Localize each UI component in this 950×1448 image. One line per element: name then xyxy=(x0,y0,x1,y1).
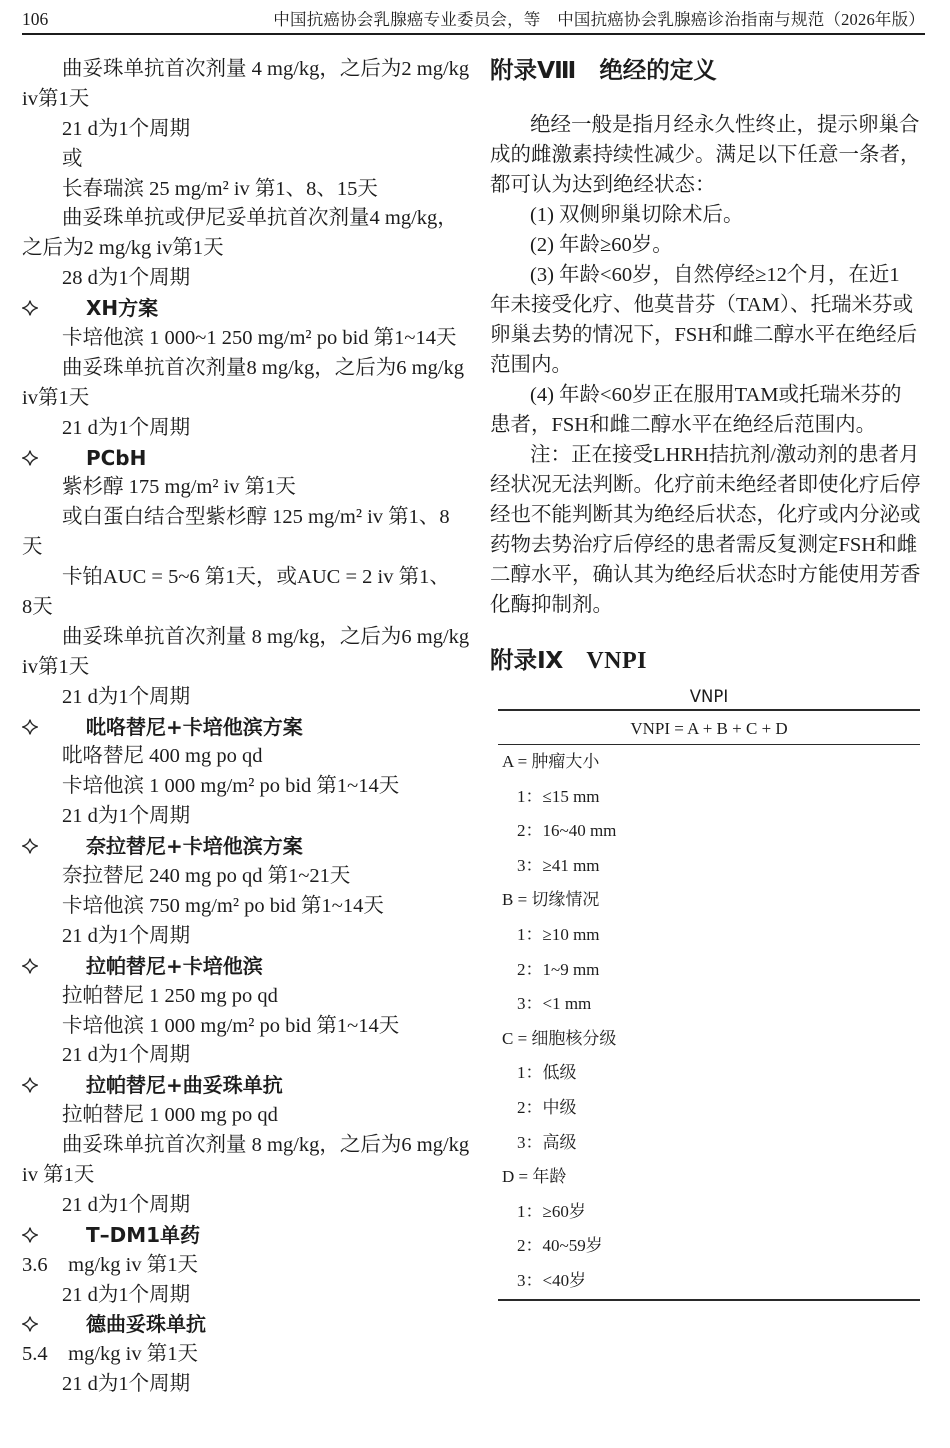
paragraph-line: 卵巢去势的情况下，FSH和雌二醇水平在绝经后 xyxy=(490,320,922,350)
line-text: 卡培他滨 1 000~1 250 mg/m² po bid 第1~14天 xyxy=(62,327,457,349)
paragraph-line: 绝经一般是指月经永久性终止，提示卵巢合 xyxy=(490,110,922,140)
cell-text: 3：高级 xyxy=(517,1133,577,1152)
right-column: 附录Ⅷ绝经的定义 绝经一般是指月经永久性终止，提示卵巢合 成的雌激素持续性减少。… xyxy=(490,55,922,1301)
appendix-viii-label: 附录Ⅷ xyxy=(490,56,576,84)
line-text: 长春瑞滨 25 mg/m² iv 第1、8、15天 xyxy=(62,178,378,200)
line-text: 5.4 mg/kg iv 第1天 xyxy=(22,1343,198,1365)
table-row: C = 细胞核分级 xyxy=(498,1022,920,1057)
paragraph-line: 药物去势治疗后停经的患者需反复测定FSH和雌 xyxy=(490,530,922,560)
cell-text: A = 肿瘤大小 xyxy=(502,752,599,771)
cell-text: 3：<1 mm xyxy=(517,994,591,1013)
line-text: 紫杉醇 175 mg/m² iv 第1天 xyxy=(62,476,296,498)
four-pointed-star-icon xyxy=(22,1316,79,1332)
table-row: 3：<40岁 xyxy=(498,1264,920,1299)
appendix-viii-title: 绝经的定义 xyxy=(599,56,717,84)
page-number: 106 xyxy=(22,9,48,30)
document-page: 106 中国抗癌协会乳腺癌专业委员会，等 中国抗癌协会乳腺癌诊治指南与规范（20… xyxy=(0,0,950,1448)
line-text: (4) 年龄<60岁正在服用TAM或托瑞米芬的 xyxy=(530,384,902,406)
line-text: 绝经一般是指月经永久性终止，提示卵巢合 xyxy=(530,114,920,136)
line-text: 经也不能判断其为绝经后状态，化疗或内分泌或 xyxy=(490,504,921,526)
text-line: 21 d为1个周期 xyxy=(22,1041,464,1071)
line-text: 吡咯替尼+卡培他滨方案 xyxy=(86,715,303,739)
table-rule-bottom xyxy=(498,1299,920,1301)
text-line: 拉帕替尼 1 250 mg po qd xyxy=(22,982,464,1012)
text-line: 卡培他滨 1 000~1 250 mg/m² po bid 第1~14天 xyxy=(22,324,464,354)
menopause-paragraph: 绝经一般是指月经永久性终止，提示卵巢合 成的雌激素持续性减少。满足以下任意一条者… xyxy=(490,110,922,620)
table-row: 3：≥41 mm xyxy=(498,849,920,884)
text-line: 21 d为1个周期 xyxy=(22,414,464,444)
line-text: 卡培他滨 750 mg/m² po bid 第1~14天 xyxy=(62,895,384,917)
text-line: 21 d为1个周期 xyxy=(22,1191,464,1221)
line-text: 曲妥珠单抗首次剂量 8 mg/kg，之后为6 mg/kg xyxy=(62,1134,469,1156)
line-text: (2) 年龄≥60岁。 xyxy=(530,234,673,256)
paragraph-line: (4) 年龄<60岁正在服用TAM或托瑞米芬的 xyxy=(490,380,922,410)
vnpi-table: VNPI VNPI = A + B + C + D A = 肿瘤大小 1：≤15… xyxy=(498,685,920,1301)
line-text: 德曲妥珠单抗 xyxy=(86,1312,206,1336)
paragraph-line: 二醇水平，确认其为绝经后状态时方能使用芳香 xyxy=(490,560,922,590)
text-line: 紫杉醇 175 mg/m² iv 第1天 xyxy=(22,473,464,503)
text-line: 曲妥珠单抗或伊尼妥单抗首次剂量4 mg/kg， xyxy=(22,204,464,234)
line-text: 21 d为1个周期 xyxy=(62,417,190,439)
line-text: 患者，FSH和雌二醇水平在绝经后范围内。 xyxy=(490,414,876,436)
line-text: 奈拉替尼 240 mg po qd 第1~21天 xyxy=(62,865,350,887)
table-row: 3：高级 xyxy=(498,1126,920,1161)
text-line: 曲妥珠单抗首次剂量 8 mg/kg，之后为6 mg/kg xyxy=(22,1131,464,1161)
paragraph-line: (2) 年龄≥60岁。 xyxy=(490,230,922,260)
text-line: iv第1天 xyxy=(22,653,464,683)
line-text: 范围内。 xyxy=(490,354,572,376)
paragraph-line: 患者，FSH和雌二醇水平在绝经后范围内。 xyxy=(490,410,922,440)
text-line: 拉帕替尼 1 000 mg po qd xyxy=(22,1101,464,1131)
line-text: iv第1天 xyxy=(22,88,89,110)
cell-text: 1：≥60岁 xyxy=(517,1202,586,1221)
line-text: 3.6 mg/kg iv 第1天 xyxy=(22,1254,198,1276)
line-text: 拉帕替尼+曲妥珠单抗 xyxy=(86,1073,283,1097)
paragraph-line: 注：正在接受LHRH拮抗剂/激动剂的患者月 xyxy=(490,440,922,470)
line-text: 曲妥珠单抗首次剂量8 mg/kg，之后为6 mg/kg xyxy=(62,357,464,379)
text-line: 21 d为1个周期 xyxy=(22,115,464,145)
line-text: (3) 年龄<60岁，自然停经≥12个月，在近1 xyxy=(530,264,900,286)
text-line: 21 d为1个周期 xyxy=(22,1370,464,1400)
line-text: 卵巢去势的情况下，FSH和雌二醇水平在绝经后 xyxy=(490,324,917,346)
line-text: 卡培他滨 1 000 mg/m² po bid 第1~14天 xyxy=(62,1015,399,1037)
four-pointed-star-icon xyxy=(22,300,79,316)
line-text: 8天 xyxy=(22,596,53,618)
text-line: 21 d为1个周期 xyxy=(22,1281,464,1311)
line-text: 21 d为1个周期 xyxy=(62,805,190,827)
line-text: 21 d为1个周期 xyxy=(62,118,190,140)
line-text: 拉帕替尼 1 000 mg po qd xyxy=(62,1104,278,1126)
line-text: 奈拉替尼+卡培他滨方案 xyxy=(86,834,303,858)
four-pointed-star-icon xyxy=(22,1227,79,1243)
table-row: 3：<1 mm xyxy=(498,987,920,1022)
text-line: 卡培他滨 1 000 mg/m² po bid 第1~14天 xyxy=(22,772,464,802)
line-text: 21 d为1个周期 xyxy=(62,1044,190,1066)
paragraph-line: (1) 双侧卵巢切除术后。 xyxy=(490,200,922,230)
line-text: 曲妥珠单抗首次剂量 8 mg/kg，之后为6 mg/kg xyxy=(62,626,469,648)
line-text: 28 d为1个周期 xyxy=(62,267,190,289)
text-line: 奈拉替尼 240 mg po qd 第1~21天 xyxy=(22,862,464,892)
line-text: 注：正在接受LHRH拮抗剂/激动剂的患者月 xyxy=(530,444,920,466)
cell-text: 2：16~40 mm xyxy=(517,821,616,840)
text-line: iv 第1天 xyxy=(22,1161,464,1191)
line-text: 吡咯替尼 400 mg po qd xyxy=(62,745,262,767)
table-row: 2：16~40 mm xyxy=(498,814,920,849)
running-title: 中国抗癌协会乳腺癌专业委员会，等 中国抗癌协会乳腺癌诊治指南与规范（2026年版… xyxy=(273,6,925,30)
cell-text: C = 细胞核分级 xyxy=(502,1029,616,1048)
paragraph-line: 化酶抑制剂。 xyxy=(490,590,922,620)
line-text: 曲妥珠单抗或伊尼妥单抗首次剂量4 mg/kg， xyxy=(62,207,458,229)
table-body: A = 肿瘤大小 1：≤15 mm 2：16~40 mm 3：≥41 mm xyxy=(498,745,920,1299)
paragraph-line: 成的雌激素持续性减少。满足以下任意一条者， xyxy=(490,140,922,170)
header-rule xyxy=(22,33,925,35)
line-text: (1) 双侧卵巢切除术后。 xyxy=(530,204,744,226)
line-text: 拉帕替尼 1 250 mg po qd xyxy=(62,985,278,1007)
text-line: 长春瑞滨 25 mg/m² iv 第1、8、15天 xyxy=(22,175,464,205)
line-text: 成的雌激素持续性减少。满足以下任意一条者， xyxy=(490,144,921,166)
text-line: iv第1天 xyxy=(22,384,464,414)
line-text: 二醇水平，确认其为绝经后状态时方能使用芳香 xyxy=(490,564,921,586)
text-line: 或白蛋白结合型紫杉醇 125 mg/m² iv 第1、8 xyxy=(22,503,464,533)
text-line: 8天 xyxy=(22,593,464,623)
cell-text: 1：低级 xyxy=(517,1063,577,1082)
table-row: 1：≥60岁 xyxy=(498,1195,920,1230)
text-line: 之后为2 mg/kg iv第1天 xyxy=(22,234,464,264)
text-line: 卡培他滨 750 mg/m² po bid 第1~14天 xyxy=(22,892,464,922)
text-line: 拉帕替尼+曲妥珠单抗 xyxy=(22,1071,464,1101)
line-text: 经状况无法判断。化疗前未绝经者即使化疗后停 xyxy=(490,474,921,496)
cell-text: 2：1~9 mm xyxy=(517,960,599,979)
four-pointed-star-icon xyxy=(22,450,79,466)
text-line: 拉帕替尼+卡培他滨 xyxy=(22,952,464,982)
running-header: 106 中国抗癌协会乳腺癌专业委员会，等 中国抗癌协会乳腺癌诊治指南与规范（20… xyxy=(22,6,925,30)
line-text: 之后为2 mg/kg iv第1天 xyxy=(22,237,224,259)
paragraph-line: 范围内。 xyxy=(490,350,922,380)
appendix-ix-heading: 附录ⅨVNPI xyxy=(490,645,922,675)
line-text: 21 d为1个周期 xyxy=(62,1284,190,1306)
text-line: 21 d为1个周期 xyxy=(22,802,464,832)
paragraph-line: 都可认为达到绝经状态： xyxy=(490,170,922,200)
text-line: 德曲妥珠单抗 xyxy=(22,1310,464,1340)
text-line: XH方案 xyxy=(22,294,464,324)
text-line: 曲妥珠单抗首次剂量 4 mg/kg，之后为2 mg/kg xyxy=(22,55,464,85)
appendix-ix-title: VNPI xyxy=(586,648,647,674)
text-line: PCbH xyxy=(22,444,464,474)
left-column: 曲妥珠单抗首次剂量 4 mg/kg，之后为2 mg/kg iv第1天 21 d为 xyxy=(22,55,464,1400)
cell-text: B = 切缘情况 xyxy=(502,890,599,909)
paragraph-line: 年未接受化疗、他莫昔芬（TAM）、托瑞米芬或 xyxy=(490,290,922,320)
text-line: 28 d为1个周期 xyxy=(22,264,464,294)
cell-text: 3：≥41 mm xyxy=(517,856,600,875)
paragraph-line: (3) 年龄<60岁，自然停经≥12个月，在近1 xyxy=(490,260,922,290)
line-text: 药物去势治疗后停经的患者需反复测定FSH和雌 xyxy=(490,534,917,556)
text-line: 5.4 mg/kg iv 第1天 xyxy=(22,1340,464,1370)
table-row: D = 年龄 xyxy=(498,1160,920,1195)
table-row: 1：≤15 mm xyxy=(498,780,920,815)
table-row: B = 切缘情况 xyxy=(498,883,920,918)
text-line: 吡咯替尼 400 mg po qd xyxy=(22,742,464,772)
text-line: 吡咯替尼+卡培他滨方案 xyxy=(22,713,464,743)
table-row: 1：≥10 mm xyxy=(498,918,920,953)
line-text: 或 xyxy=(62,148,83,170)
line-text: 21 d为1个周期 xyxy=(62,1373,190,1395)
text-line: 卡培他滨 1 000 mg/m² po bid 第1~14天 xyxy=(22,1012,464,1042)
table-title: VNPI xyxy=(498,685,920,709)
cell-text: 2：中级 xyxy=(517,1098,577,1117)
line-text: 21 d为1个周期 xyxy=(62,925,190,947)
paragraph-line: 经状况无法判断。化疗前未绝经者即使化疗后停 xyxy=(490,470,922,500)
line-text: 或白蛋白结合型紫杉醇 125 mg/m² iv 第1、8 xyxy=(62,506,450,528)
four-pointed-star-icon xyxy=(22,838,79,854)
line-text: 21 d为1个周期 xyxy=(62,1194,190,1216)
appendix-viii-heading: 附录Ⅷ绝经的定义 xyxy=(490,55,922,85)
text-line: 卡铂AUC = 5~6 第1天，或AUC = 2 iv 第1、 xyxy=(22,563,464,593)
four-pointed-star-icon xyxy=(22,958,79,974)
line-text: 卡铂AUC = 5~6 第1天，或AUC = 2 iv 第1、 xyxy=(62,566,450,588)
text-line: 天 xyxy=(22,533,464,563)
text-line: T–DM1单药 xyxy=(22,1221,464,1251)
table-row: 1：低级 xyxy=(498,1056,920,1091)
line-text: 卡培他滨 1 000 mg/m² po bid 第1~14天 xyxy=(62,775,399,797)
four-pointed-star-icon xyxy=(22,1077,79,1093)
text-line: 奈拉替尼+卡培他滨方案 xyxy=(22,832,464,862)
line-text: PCbH xyxy=(86,446,146,470)
cell-text: 1：≥10 mm xyxy=(517,925,600,944)
text-line: iv第1天 xyxy=(22,85,464,115)
line-text: 都可认为达到绝经状态： xyxy=(490,174,716,196)
line-text: iv 第1天 xyxy=(22,1164,94,1186)
table-row: 2：40~59岁 xyxy=(498,1229,920,1264)
text-line: 曲妥珠单抗首次剂量8 mg/kg，之后为6 mg/kg xyxy=(22,354,464,384)
four-pointed-star-icon xyxy=(22,719,79,735)
table-formula: VNPI = A + B + C + D xyxy=(498,711,920,744)
table-row: 2：中级 xyxy=(498,1091,920,1126)
line-text: 化酶抑制剂。 xyxy=(490,594,613,616)
line-text: 拉帕替尼+卡培他滨 xyxy=(86,954,263,978)
cell-text: 2：40~59岁 xyxy=(517,1236,603,1255)
line-text: XH方案 xyxy=(86,296,158,320)
text-line: 21 d为1个周期 xyxy=(22,683,464,713)
line-text: T–DM1单药 xyxy=(86,1223,200,1247)
table-row: A = 肿瘤大小 xyxy=(498,745,920,780)
appendix-ix-label: 附录Ⅸ xyxy=(490,646,563,674)
text-line: 3.6 mg/kg iv 第1天 xyxy=(22,1251,464,1281)
cell-text: 1：≤15 mm xyxy=(517,787,600,806)
line-text: 天 xyxy=(22,536,43,558)
text-line: 曲妥珠单抗首次剂量 8 mg/kg，之后为6 mg/kg xyxy=(22,623,464,653)
cell-text: 3：<40岁 xyxy=(517,1271,586,1290)
table-row: 2：1~9 mm xyxy=(498,953,920,988)
text-line: 21 d为1个周期 xyxy=(22,922,464,952)
line-text: iv第1天 xyxy=(22,656,89,678)
line-text: 曲妥珠单抗首次剂量 4 mg/kg，之后为2 mg/kg xyxy=(62,58,469,80)
cell-text: D = 年龄 xyxy=(502,1167,566,1186)
line-text: iv第1天 xyxy=(22,387,89,409)
line-text: 21 d为1个周期 xyxy=(62,686,190,708)
line-text: 年未接受化疗、他莫昔芬（TAM）、托瑞米芬或 xyxy=(490,294,913,316)
text-line: 或 xyxy=(22,145,464,175)
paragraph-line: 经也不能判断其为绝经后状态，化疗或内分泌或 xyxy=(490,500,922,530)
